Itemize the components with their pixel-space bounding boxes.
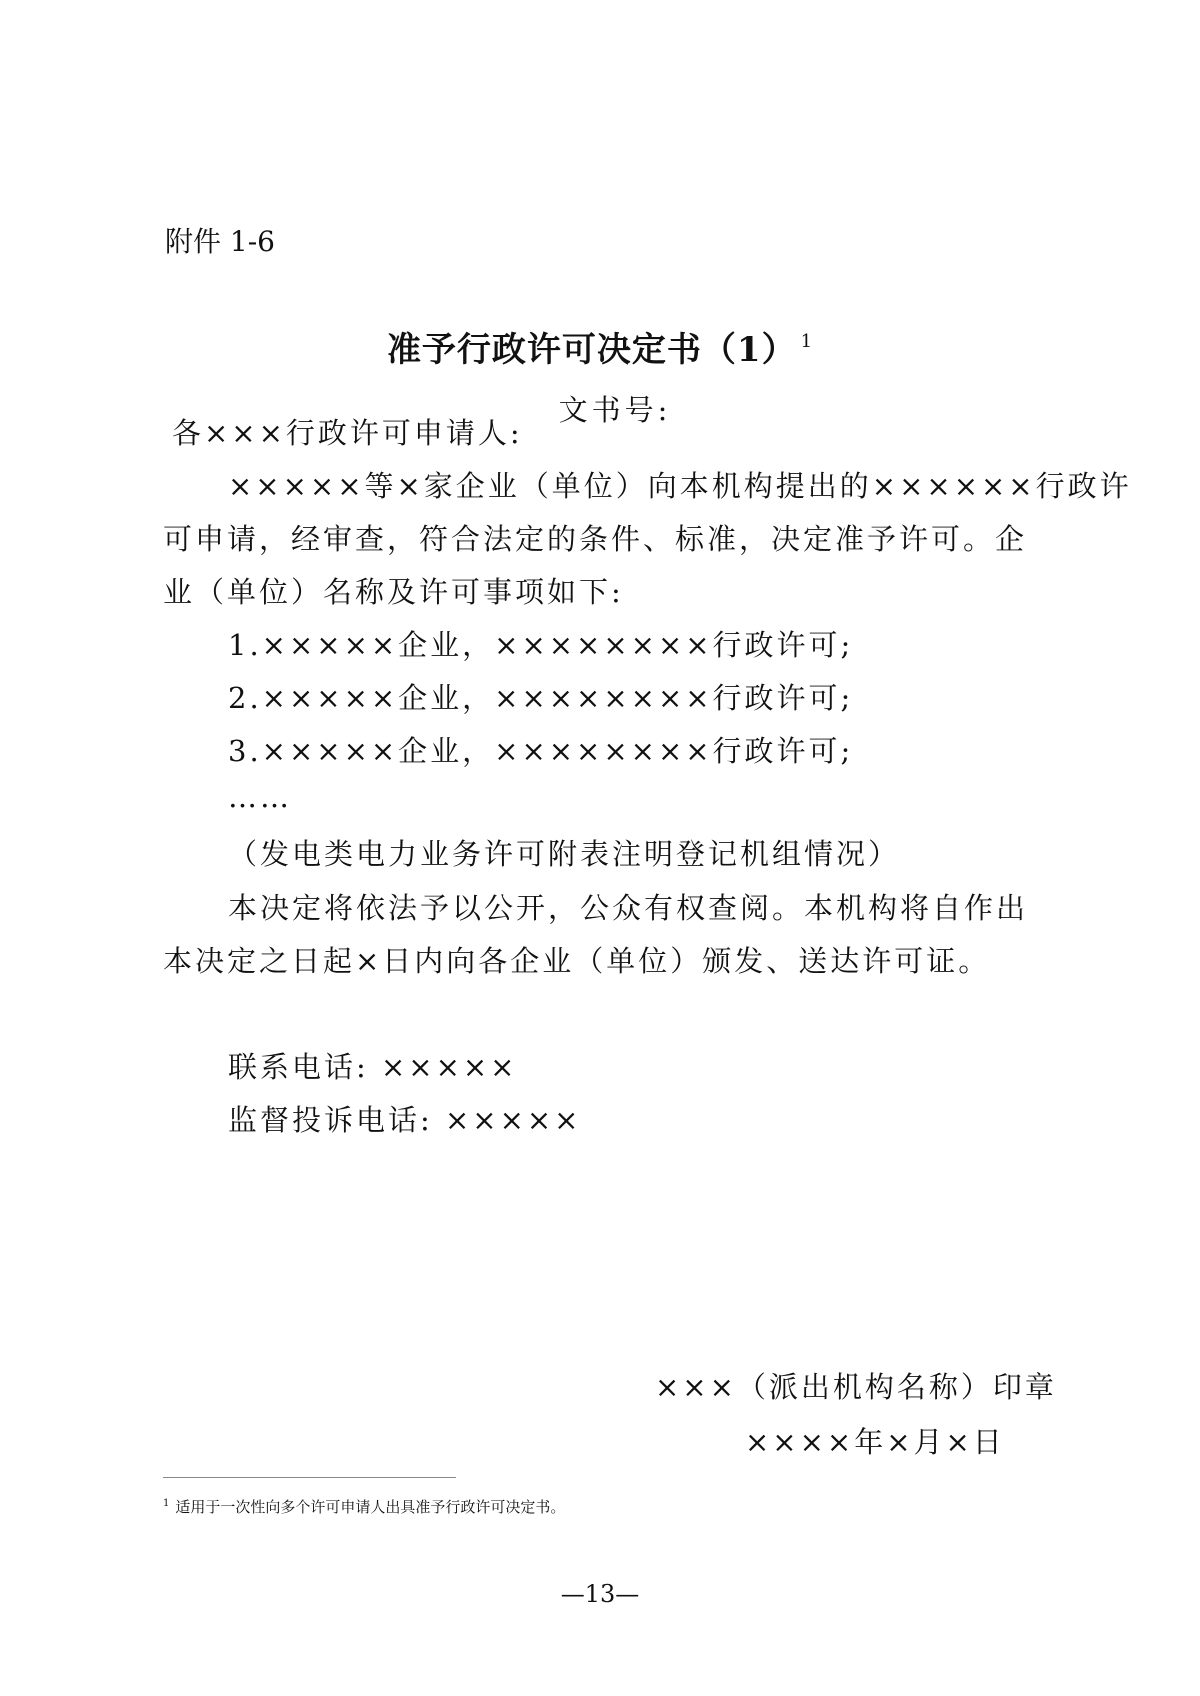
footnote-number: 1 (163, 1498, 169, 1509)
list-item: 1.×××××企业，××××××××行政许可; (228, 623, 853, 664)
paragraph1-line: 业（单位）名称及许可事项如下: (163, 570, 624, 611)
salutation: 各×××行政许可申请人: (172, 411, 523, 452)
paragraph2-line: 本决定之日起×日内向各企业（单位）颁发、送达许可证。 (163, 939, 990, 980)
contact-phone: 联系电话: ××××× (228, 1045, 517, 1086)
title-text: 准予行政许可决定书（1） (387, 330, 797, 370)
page-number: —13— (0, 1580, 1200, 1608)
footnote-divider (163, 1477, 456, 1478)
attachment-label: 附件 1-6 (165, 220, 275, 260)
paragraph1-line: ×××××等×家企业（单位）向本机构提出的××××××行政许 (228, 464, 1132, 505)
complaint-phone: 监督投诉电话: ××××× (228, 1098, 581, 1139)
note-text: （发电类电力业务许可附表注明登记机组情况） (228, 832, 900, 873)
footnote-text: 适用于一次性向多个许可申请人出具准予行政许可决定书。 (175, 1498, 565, 1516)
signature-seal: ×××（派出机构名称）印章 (655, 1365, 1057, 1406)
ellipsis: …… (228, 780, 292, 814)
paragraph2-line: 本决定将依法予以公开，公众有权查阅。本机构将自作出 (228, 886, 1028, 927)
document-title: 准予行政许可决定书（1）1 (0, 322, 1200, 371)
list-item: 3.×××××企业，××××××××行政许可; (228, 729, 853, 770)
paragraph1-line: 可申请，经审查，符合法定的条件、标准，决定准予许可。企 (163, 517, 1027, 558)
title-footnote-ref: 1 (801, 331, 813, 352)
signature-date: ××××年×月×日 (745, 1420, 1005, 1461)
footnote: 1适用于一次性向多个许可申请人出具准予行政许可决定书。 (163, 1496, 565, 1517)
list-item: 2.×××××企业，××××××××行政许可; (228, 676, 853, 717)
